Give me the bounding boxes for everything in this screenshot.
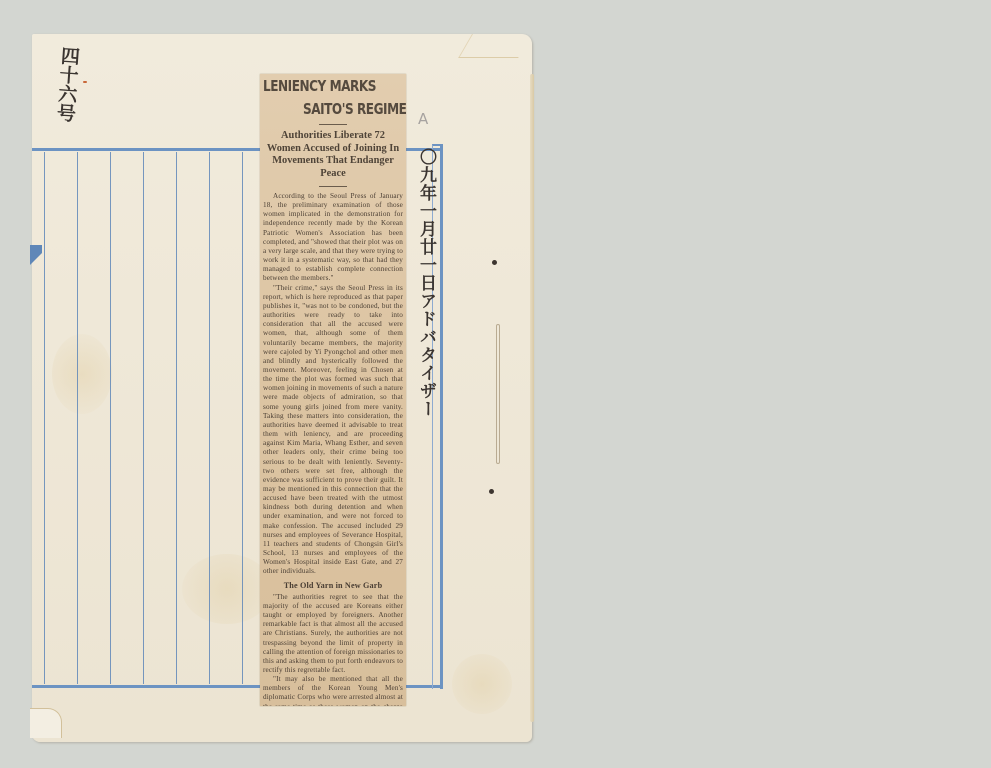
article-paragraph: "It may also be mentioned that all the m… — [263, 675, 403, 706]
pin-hole — [489, 489, 494, 494]
staple-mark — [496, 324, 500, 464]
handwritten-date-source: 〇九年一月廿一日アドバタイザー — [410, 148, 436, 418]
ruled-column-line — [242, 152, 243, 684]
article-paragraph: "Their crime," says the Seoul Press in i… — [263, 284, 403, 577]
folded-corner-top-right — [458, 34, 532, 58]
article-paragraph: "The authorities regret to see that the … — [263, 593, 403, 675]
handwritten-number: 四十六号 — [49, 45, 80, 123]
pencil-mark: A — [418, 110, 428, 128]
pin-hole — [492, 260, 497, 265]
newspaper-clipping: LENIENCY MARKS SAITO'S REGIME Authoritie… — [260, 74, 406, 706]
ruled-column-line — [77, 152, 78, 684]
ruled-column-line — [110, 152, 111, 684]
headline: LENIENCY MARKS — [263, 78, 403, 95]
divider — [319, 124, 347, 125]
section-subhead: The Old Yarn in New Garb — [263, 581, 403, 590]
ruled-column-line — [176, 152, 177, 684]
red-ink-mark — [83, 81, 87, 83]
folded-corner-bottom-left — [30, 708, 62, 738]
headline: SAITO'S REGIME — [303, 101, 406, 118]
ruled-column-line — [143, 152, 144, 684]
article-paragraph: According to the Seoul Press of January … — [263, 192, 403, 284]
ruled-column-line — [209, 152, 210, 684]
ruled-column-line — [44, 152, 45, 684]
document-sheet: 四十六号 A 〇九年一月廿一日アドバタイザー LENIENCY MARKS SA… — [32, 34, 532, 742]
article-body: According to the Seoul Press of January … — [263, 192, 403, 706]
paper-stain — [452, 654, 512, 714]
divider — [319, 186, 347, 187]
subheadline-deck: Authorities Liberate 72 Women Accused of… — [263, 130, 403, 180]
